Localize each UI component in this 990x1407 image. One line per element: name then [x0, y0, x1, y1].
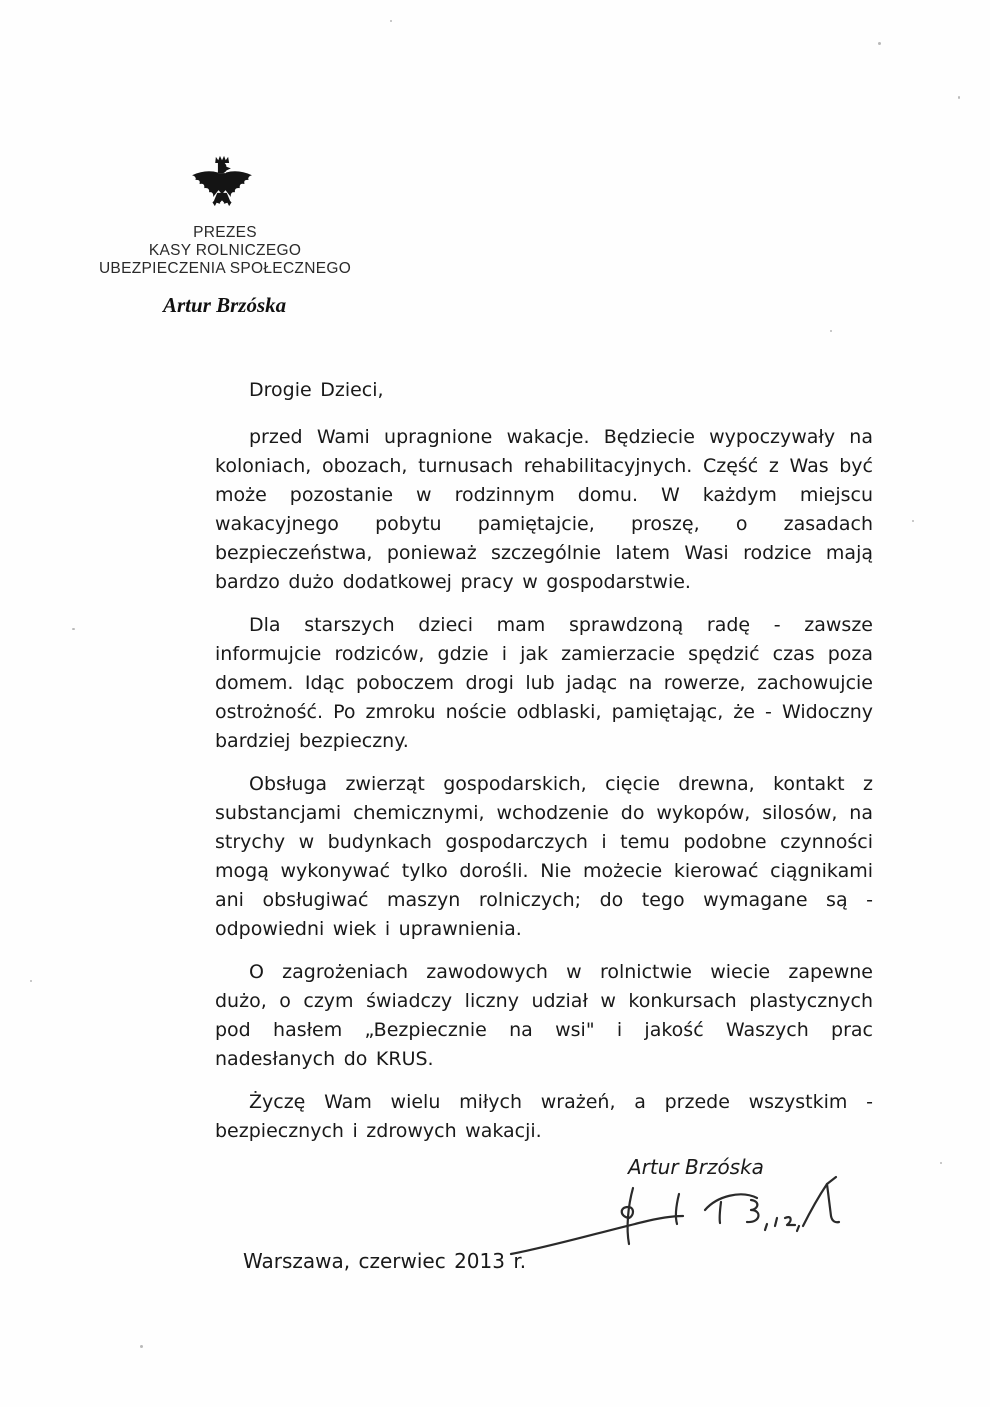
paragraph-3: Obsługa zwierząt gospodarskich, cięcie d…: [215, 770, 873, 944]
scan-speckle: [72, 628, 75, 630]
letter-body: Drogie Dzieci, przed Wami upragnione wak…: [215, 376, 873, 1160]
scan-speckle: [390, 20, 392, 22]
handwritten-signature-scrawl-icon: [505, 1172, 865, 1260]
org-title-line-2: KASY ROLNICZEGO: [60, 242, 390, 260]
scan-speckle: [912, 520, 914, 522]
scan-speckle: [140, 1345, 143, 1348]
scanned-letter-page: PREZES KASY ROLNICZEGO UBEZPIECZENIA SPO…: [0, 0, 990, 1407]
place-and-date: Warszawa, czerwiec 2013 r.: [243, 1249, 526, 1273]
polish-eagle-emblem-icon: [188, 146, 256, 218]
org-title-line-3: UBEZPIECZENIA SPOŁECZNEGO: [60, 260, 390, 278]
letterhead-author-name: Artur Brzóska: [163, 293, 286, 318]
paragraph-1: przed Wami upragnione wakacje. Będziecie…: [215, 423, 873, 597]
paragraph-2: Dla starszych dzieci mam sprawdzoną radę…: [215, 611, 873, 756]
org-title-line-1: PREZES: [60, 224, 390, 242]
paragraph-4: O zagrożeniach zawodowych w rolnictwie w…: [215, 958, 873, 1074]
paragraph-5: Życzę Wam wielu miłych wrażeń, a przede …: [215, 1088, 873, 1146]
scan-speckle: [940, 1162, 942, 1164]
scan-speckle: [958, 96, 960, 99]
scan-speckle: [878, 42, 881, 45]
letterhead-org-title: PREZES KASY ROLNICZEGO UBEZPIECZENIA SPO…: [60, 224, 390, 278]
salutation: Drogie Dzieci,: [215, 376, 873, 405]
scan-speckle: [830, 330, 832, 332]
scan-speckle: [30, 980, 32, 982]
